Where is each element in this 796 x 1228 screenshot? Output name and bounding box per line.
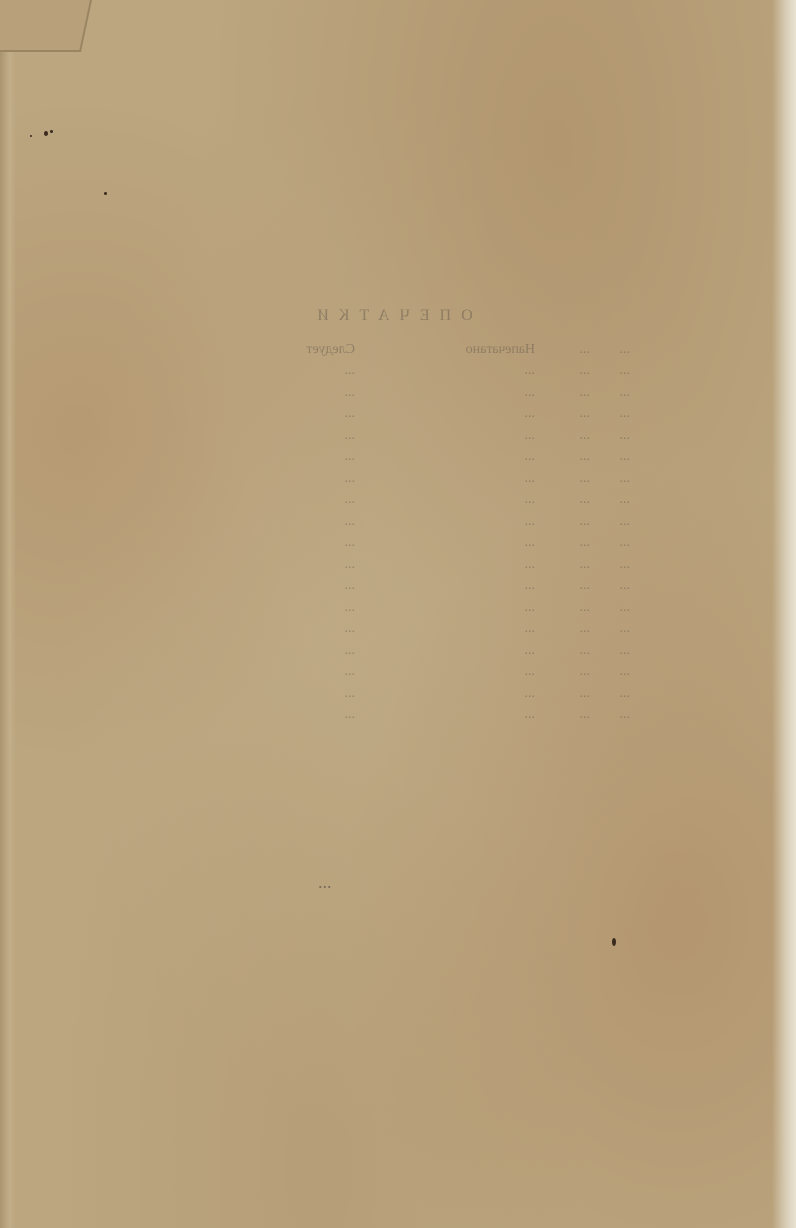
errata-cell-page: ... <box>590 575 630 597</box>
page-right-edge <box>772 0 796 1228</box>
errata-row: ............ <box>150 575 630 597</box>
errata-cell-page: ... <box>590 425 630 447</box>
errata-row: ............ <box>150 554 630 576</box>
errata-heading: ОПЕЧАТКИ <box>150 305 630 327</box>
errata-cell-line: ... <box>535 446 590 468</box>
errata-cell-line: ... <box>535 360 590 382</box>
errata-cell-line: ... <box>535 339 590 361</box>
errata-cell-read: ... <box>175 468 355 490</box>
errata-row: ............ <box>150 618 630 640</box>
errata-row: ............ <box>150 360 630 382</box>
errata-cell-printed: ... <box>355 403 535 425</box>
errata-cell-read: ... <box>175 532 355 554</box>
errata-row: ............ <box>150 532 630 554</box>
errata-cell-line: ... <box>535 554 590 576</box>
errata-cell-printed: ... <box>355 468 535 490</box>
foxing-spot <box>50 130 53 133</box>
errata-row: ............ <box>150 382 630 404</box>
errata-cell-line: ... <box>535 489 590 511</box>
errata-cell-page: ... <box>590 704 630 726</box>
book-page: ОПЕЧАТКИ ......НапечатаноСледует........… <box>0 0 796 1228</box>
errata-cell-printed: Напечатано <box>355 339 535 361</box>
errata-cell-read: ... <box>175 489 355 511</box>
errata-cell-printed: ... <box>355 683 535 705</box>
errata-cell-page: ... <box>590 661 630 683</box>
errata-cell-read: ... <box>175 597 355 619</box>
errata-cell-line: ... <box>535 597 590 619</box>
errata-cell-read: ... <box>175 360 355 382</box>
page-mark: ... <box>318 872 332 893</box>
errata-cell-printed: ... <box>355 360 535 382</box>
errata-cell-line: ... <box>535 468 590 490</box>
errata-cell-printed: ... <box>355 425 535 447</box>
errata-row: ............ <box>150 511 630 533</box>
errata-rows: ......НапечатаноСледует.................… <box>150 339 630 726</box>
errata-cell-line: ... <box>535 575 590 597</box>
errata-cell-line: ... <box>535 382 590 404</box>
page-left-edge <box>0 0 16 1228</box>
errata-cell-printed: ... <box>355 640 535 662</box>
errata-cell-page: ... <box>590 554 630 576</box>
errata-cell-page: ... <box>590 597 630 619</box>
errata-cell-line: ... <box>535 532 590 554</box>
errata-cell-read: ... <box>175 554 355 576</box>
errata-cell-read: ... <box>175 382 355 404</box>
errata-row: ............ <box>150 425 630 447</box>
errata-cell-printed: ... <box>355 511 535 533</box>
errata-cell-read: ... <box>175 446 355 468</box>
errata-cell-page: ... <box>590 511 630 533</box>
errata-row: ............ <box>150 403 630 425</box>
errata-cell-page: ... <box>590 382 630 404</box>
errata-cell-read: ... <box>175 640 355 662</box>
errata-cell-read: ... <box>175 511 355 533</box>
errata-cell-line: ... <box>535 618 590 640</box>
errata-cell-printed: ... <box>355 554 535 576</box>
errata-cell-line: ... <box>535 425 590 447</box>
errata-row: ............ <box>150 597 630 619</box>
errata-cell-printed: ... <box>355 618 535 640</box>
errata-cell-line: ... <box>535 704 590 726</box>
errata-row: ............ <box>150 661 630 683</box>
errata-row: ............ <box>150 683 630 705</box>
errata-row: ............ <box>150 489 630 511</box>
folded-corner <box>0 0 92 52</box>
errata-table-bleedthrough: ОПЕЧАТКИ ......НапечатаноСледует........… <box>150 305 630 726</box>
foxing-spot <box>44 131 48 136</box>
errata-cell-printed: ... <box>355 532 535 554</box>
errata-cell-printed: ... <box>355 446 535 468</box>
errata-cell-printed: ... <box>355 382 535 404</box>
errata-cell-read: ... <box>175 704 355 726</box>
errata-cell-page: ... <box>590 339 630 361</box>
errata-cell-page: ... <box>590 468 630 490</box>
errata-row: ............ <box>150 446 630 468</box>
errata-cell-line: ... <box>535 640 590 662</box>
errata-cell-printed: ... <box>355 661 535 683</box>
errata-cell-printed: ... <box>355 489 535 511</box>
errata-cell-line: ... <box>535 511 590 533</box>
foxing-spot <box>104 192 107 195</box>
errata-cell-page: ... <box>590 640 630 662</box>
errata-cell-read: ... <box>175 618 355 640</box>
errata-cell-read: ... <box>175 425 355 447</box>
errata-cell-read: ... <box>175 575 355 597</box>
errata-cell-line: ... <box>535 683 590 705</box>
errata-row: ............ <box>150 640 630 662</box>
errata-cell-read: ... <box>175 683 355 705</box>
errata-cell-page: ... <box>590 360 630 382</box>
errata-cell-page: ... <box>590 532 630 554</box>
foxing-spot <box>612 938 616 946</box>
errata-cell-page: ... <box>590 618 630 640</box>
errata-row: ......НапечатаноСледует <box>150 339 630 361</box>
errata-cell-page: ... <box>590 489 630 511</box>
errata-cell-printed: ... <box>355 597 535 619</box>
errata-cell-read: ... <box>175 403 355 425</box>
errata-cell-page: ... <box>590 683 630 705</box>
errata-cell-line: ... <box>535 661 590 683</box>
errata-cell-line: ... <box>535 403 590 425</box>
errata-cell-read: Следует <box>175 339 355 361</box>
errata-row: ............ <box>150 704 630 726</box>
foxing-spot <box>30 135 32 137</box>
errata-cell-page: ... <box>590 446 630 468</box>
errata-cell-page: ... <box>590 403 630 425</box>
errata-cell-read: ... <box>175 661 355 683</box>
errata-row: ............ <box>150 468 630 490</box>
errata-cell-printed: ... <box>355 704 535 726</box>
errata-cell-printed: ... <box>355 575 535 597</box>
